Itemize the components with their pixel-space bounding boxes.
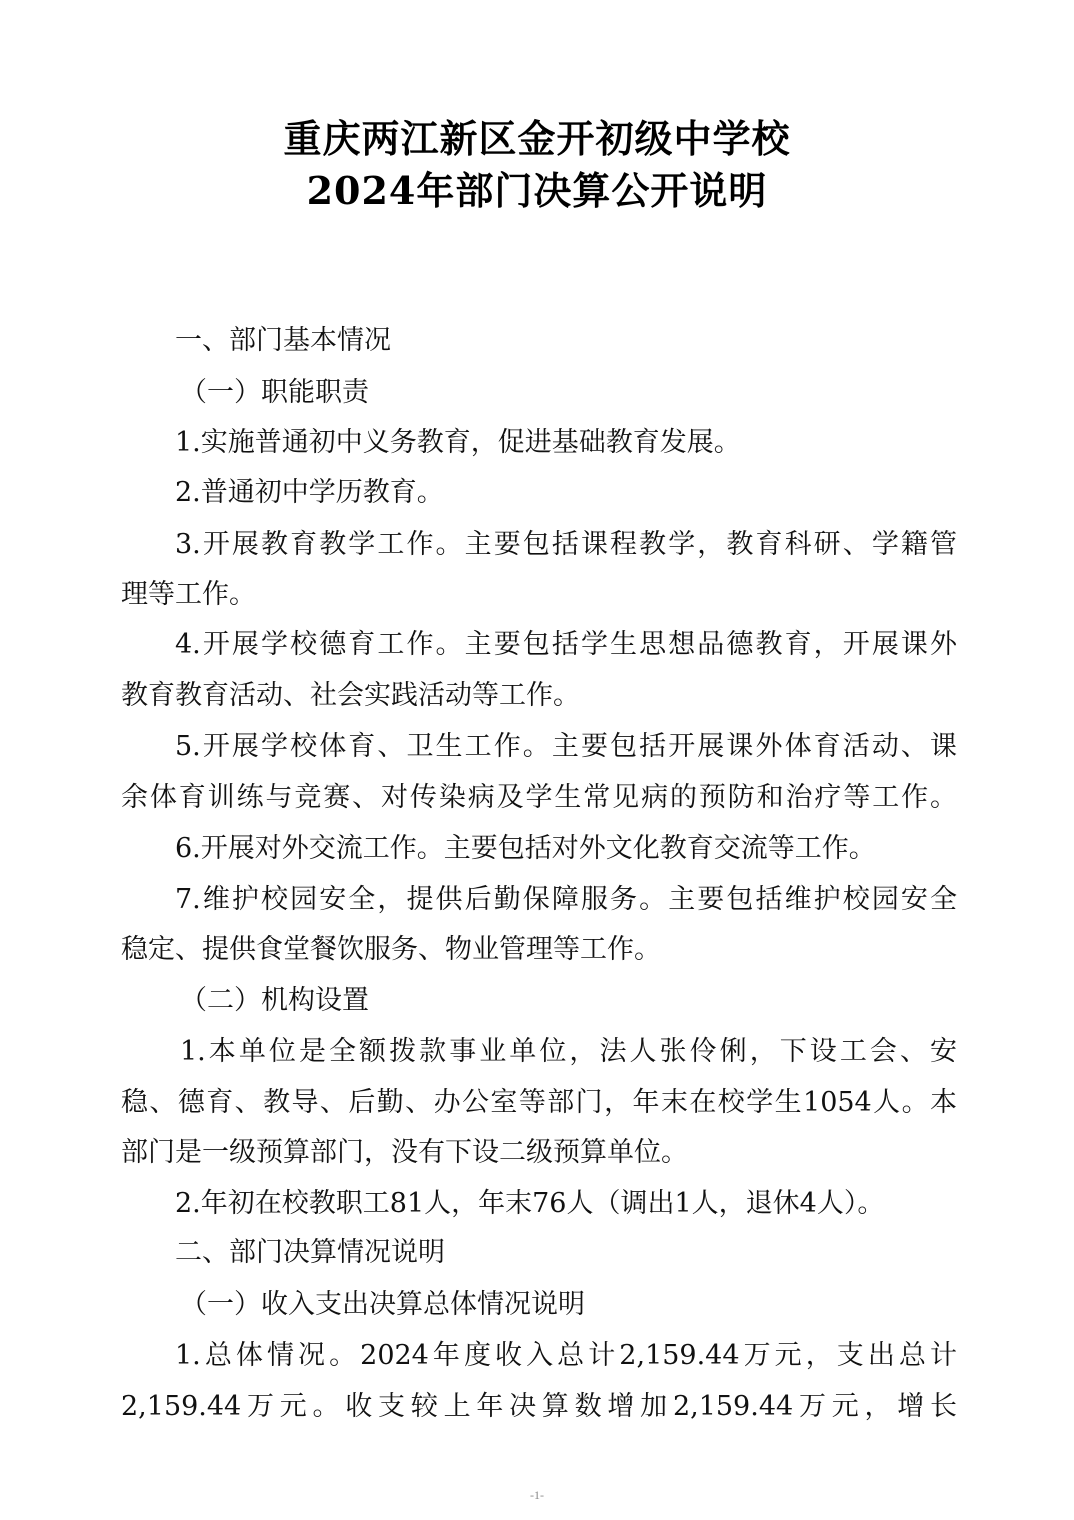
document-title-line2: 2024年部门决算公开说明 <box>0 160 1074 215</box>
paragraph-line: 2.普通初中学历教育。 <box>175 470 957 509</box>
paragraph-line: 余体育训练与竞赛、对传染病及学生常见病的预防和治疗等工作。 <box>121 775 957 814</box>
paragraph-line: 6.开展对外交流工作。主要包括对外文化教育交流等工作。 <box>175 826 957 865</box>
section1-heading: 一、部门基本情况 <box>175 318 957 357</box>
paragraph-line: 5.开展学校体育、卫生工作。主要包括开展课外体育活动、课 <box>175 724 957 763</box>
section1-sub2-heading: （二）机构设置 <box>180 978 962 1017</box>
paragraph-line: 稳、德育、教导、后勤、办公室等部门，年末在校学生1054人。本 <box>121 1080 957 1119</box>
paragraph-line: 理等工作。 <box>121 572 957 611</box>
document-page: 重庆两江新区金开初级中学校 2024年部门决算公开说明 一、部门基本情况 （一）… <box>0 0 1074 1520</box>
section1-sub1-heading: （一）职能职责 <box>180 370 962 409</box>
paragraph-line: 2,159.44万元。收支较上年决算数增加2,159.44万元，增长 <box>121 1384 957 1423</box>
document-title-line1: 重庆两江新区金开初级中学校 <box>0 108 1074 163</box>
section2-heading: 二、部门决算情况说明 <box>175 1230 957 1269</box>
paragraph-line: 2.年初在校教职工81人，年末76人（调出1人，退休4人）。 <box>175 1181 957 1220</box>
paragraph-line: 1.实施普通初中义务教育，促进基础教育发展。 <box>175 420 957 459</box>
page-number: -1- <box>0 1488 1074 1503</box>
paragraph-line: 7.维护校园安全，提供后勤保障服务。主要包括维护校园安全 <box>175 877 957 916</box>
paragraph-line: 教育教育活动、社会实践活动等工作。 <box>121 673 957 712</box>
paragraph-line: 部门是一级预算部门，没有下设二级预算单位。 <box>121 1130 957 1169</box>
paragraph-line: 1.本单位是全额拨款事业单位，法人张伶俐，下设工会、安 <box>180 1029 957 1068</box>
paragraph-line: 3.开展教育教学工作。主要包括课程教学，教育科研、学籍管 <box>175 522 957 561</box>
paragraph-line: 4.开展学校德育工作。主要包括学生思想品德教育，开展课外 <box>175 622 957 661</box>
section2-sub1-heading: （一）收入支出决算总体情况说明 <box>180 1282 962 1321</box>
paragraph-line: 稳定、提供食堂餐饮服务、物业管理等工作。 <box>121 927 957 966</box>
paragraph-line: 1.总体情况。2024年度收入总计2,159.44万元，支出总计 <box>175 1333 957 1372</box>
